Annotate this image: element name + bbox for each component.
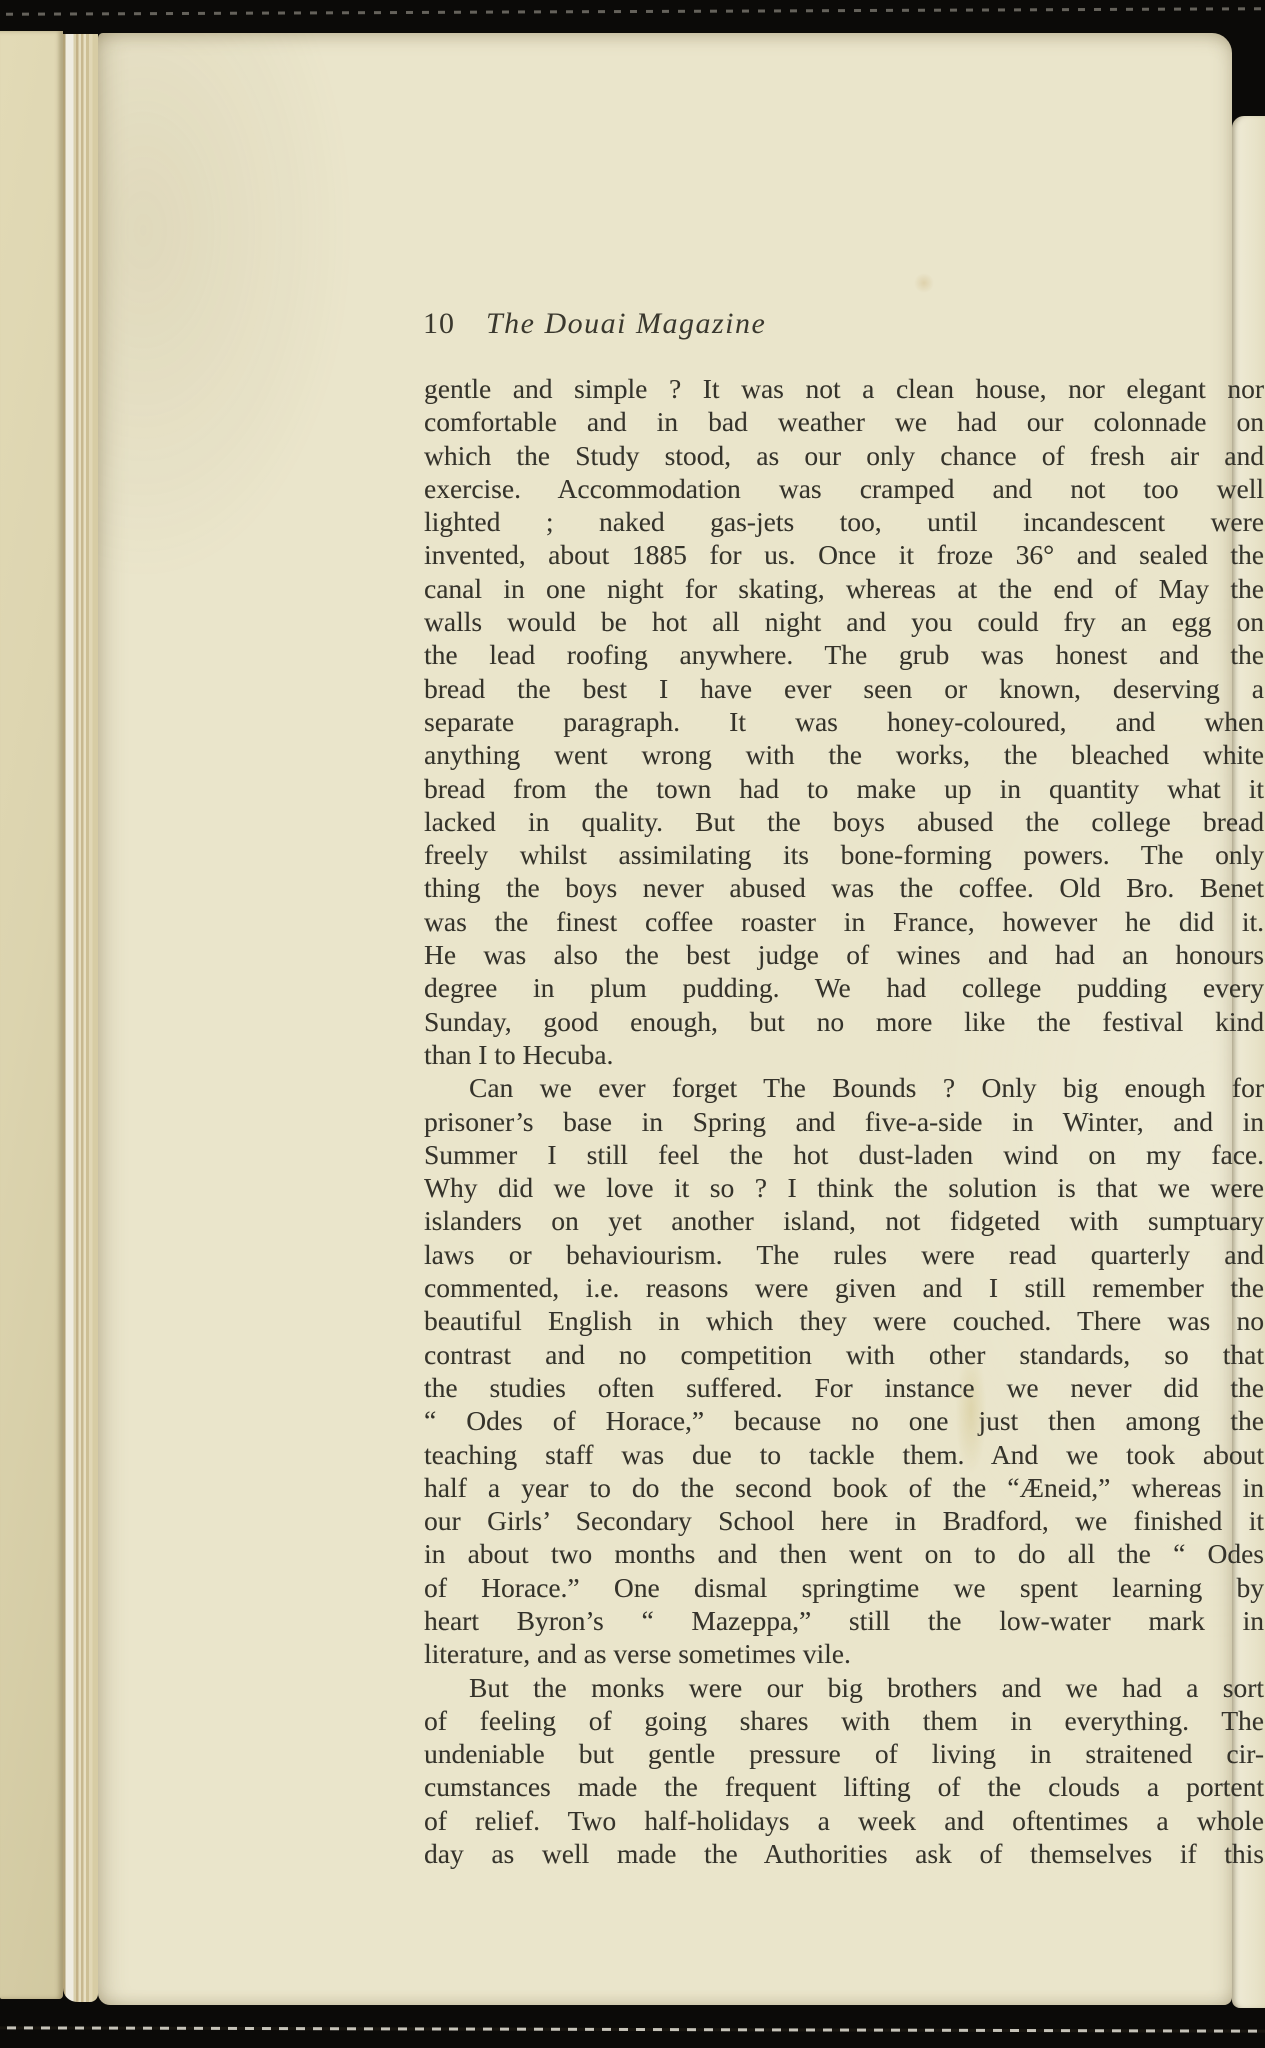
text-line: contrast and no competition with other s… — [424, 1338, 1264, 1371]
text-line: cumstances made the frequent lifting of … — [424, 1770, 1264, 1803]
text-line: canal in one night for skating, whereas … — [424, 572, 1264, 605]
cover-stitch-line-bottom — [0, 2026, 1265, 2032]
text-line: freely whilst assimilating its bone-form… — [424, 838, 1264, 871]
text-line: beautiful English in which they were cou… — [424, 1304, 1264, 1337]
paragraph: Can we ever forget The Bounds ? Only big… — [424, 1071, 1264, 1670]
text-line: literature, and as verse sometimes vile. — [424, 1637, 1264, 1670]
text-line: He was also the best judge of wines and … — [424, 938, 1264, 971]
text-line: thing the boys never abused was the coff… — [424, 871, 1264, 904]
page-edge-stack — [63, 34, 98, 2002]
text-line: anything went wrong with the works, the … — [424, 738, 1264, 771]
text-line: of feeling of going shares with them in … — [424, 1704, 1264, 1737]
text-line: undeniable but gentle pressure of living… — [424, 1737, 1264, 1770]
paragraph: gentle and simple ? It was not a clean h… — [424, 372, 1264, 1071]
text-line: degree in plum pudding. We had college p… — [424, 971, 1264, 1004]
book-scan: 10The Douai Magazine gentle and simple ?… — [0, 0, 1265, 2048]
text-line: Why did we love it so ? I think the solu… — [424, 1171, 1264, 1204]
text-line: comfortable and in bad weather we had ou… — [424, 405, 1264, 438]
text-line: commented, i.e. reasons were given and I… — [424, 1271, 1264, 1304]
text-line: which the Study stood, as our only chanc… — [424, 439, 1264, 472]
text-line: invented, about 1885 for us. Once it fro… — [424, 538, 1264, 571]
facing-page-edge — [0, 31, 63, 1999]
text-line: But the monks were our big brothers and … — [424, 1671, 1264, 1704]
text-line: lacked in quality. But the boys abused t… — [424, 805, 1264, 838]
text-line: Can we ever forget The Bounds ? Only big… — [424, 1071, 1264, 1104]
text-line: islanders on yet another island, not fid… — [424, 1204, 1264, 1237]
text-line: Sunday, good enough, but no more like th… — [424, 1005, 1264, 1038]
text-line: our Girls’ Secondary School here in Brad… — [424, 1504, 1264, 1537]
text-line: “ Odes of Horace,” because no one just t… — [424, 1404, 1264, 1437]
text-line: Summer I still feel the hot dust-laden w… — [424, 1138, 1264, 1171]
text-line: the lead roofing anywhere. The grub was … — [424, 638, 1264, 671]
text-line: the studies often suffered. For instance… — [424, 1371, 1264, 1404]
text-line: bread the best I have ever seen or known… — [424, 672, 1264, 705]
text-line: walls would be hot all night and you cou… — [424, 605, 1264, 638]
text-line: gentle and simple ? It was not a clean h… — [424, 372, 1264, 405]
text-line: separate paragraph. It was honey-coloure… — [424, 705, 1264, 738]
text-line: day as well made the Authorities ask of … — [424, 1837, 1264, 1870]
text-line: heart Byron’s “ Mazeppa,” still the low-… — [424, 1604, 1264, 1637]
text-line: exercise. Accommodation was cramped and … — [424, 472, 1264, 505]
page-number: 10 — [423, 307, 455, 341]
text-line: laws or behaviourism. The rules were rea… — [424, 1238, 1264, 1271]
paragraph: But the monks were our big brothers and … — [424, 1671, 1264, 1871]
text-line: prisoner’s base in Spring and five-a-sid… — [424, 1105, 1264, 1138]
cover-stitch-line-top — [0, 7, 1265, 16]
text-line: was the finest coffee roaster in France,… — [424, 905, 1264, 938]
text-line: in about two months and then went on to … — [424, 1537, 1264, 1570]
text-line: than I to Hecuba. — [424, 1038, 1264, 1071]
text-line: of Horace.” One dismal springtime we spe… — [424, 1571, 1264, 1604]
text-line: bread from the town had to make up in qu… — [424, 772, 1264, 805]
text-line: lighted ; naked gas-jets too, until inca… — [424, 505, 1264, 538]
book-page: 10The Douai Magazine gentle and simple ?… — [98, 33, 1232, 2005]
text-line: half a year to do the second book of the… — [424, 1471, 1264, 1504]
page-header: 10The Douai Magazine — [423, 307, 766, 341]
running-title: The Douai Magazine — [486, 307, 766, 340]
text-line: of relief. Two half-holidays a week and … — [424, 1804, 1264, 1837]
text-line: teaching staff was due to tackle them. A… — [424, 1438, 1264, 1471]
text-block: gentle and simple ? It was not a clean h… — [424, 372, 1264, 1870]
